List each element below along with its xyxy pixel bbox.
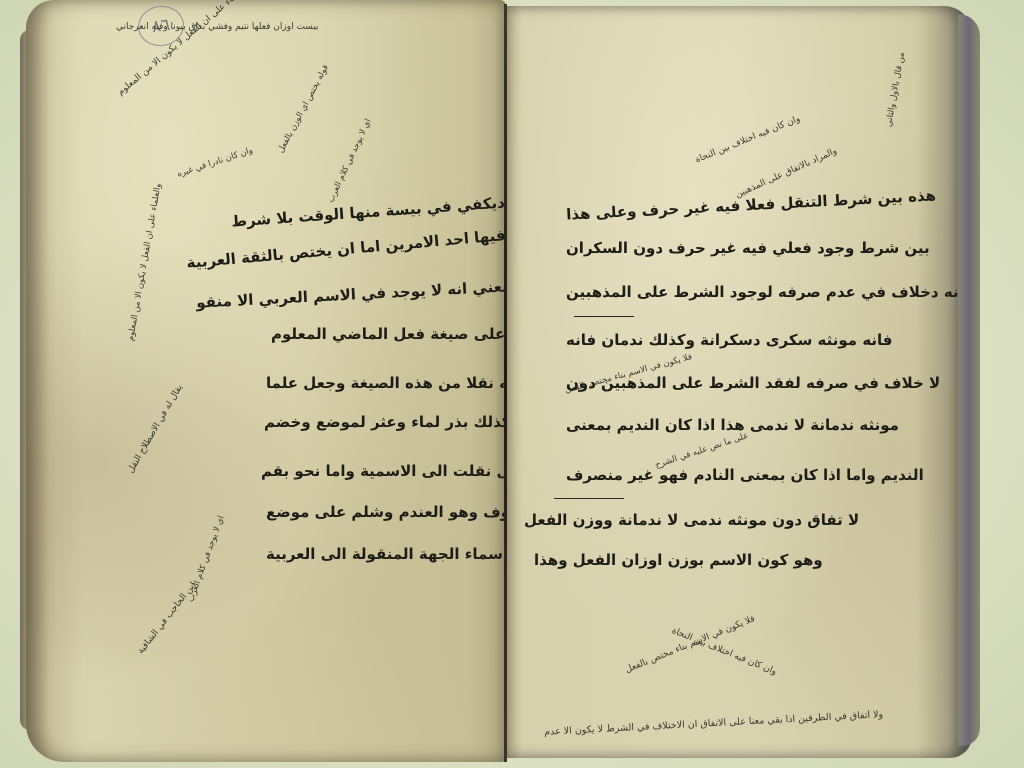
main-text-line: هو رجل افعال نقلت الى الاسمية واما نحو ب… bbox=[261, 462, 506, 480]
main-text-line: وهو كون الاسم بوزن اوزان الفعل وهذا bbox=[534, 551, 823, 569]
main-text-line: مونثه ندمانة لا ندمى هذا اذا كان النديم … bbox=[566, 416, 899, 434]
main-text-line: النديم واما اذا كان بمعنى النادم فهو غير… bbox=[566, 466, 924, 484]
gutter bbox=[504, 4, 507, 762]
main-text-line: مني التمر فانه نقلا من هذه الصيغة وجعل ع… bbox=[266, 374, 506, 392]
main-text-line: للفرس وكذلك بذر لماء وعثر لموضع وخضم bbox=[264, 413, 506, 431]
open-manuscript: ٨٦ بيست اوزان فعلها نتيم وفشي بداق بيونا… bbox=[18, 0, 980, 768]
right-page-edge bbox=[958, 14, 980, 746]
main-text-line: لا مني الفعل كثمر على صيغة فعل الماضي ال… bbox=[271, 325, 506, 343]
gloss-block: فلا يكون في الاسم بناء مختص بالفعل bbox=[624, 614, 756, 675]
bottom-line: ولا اتفاق في الطرفين اذا بقي معنا على ال… bbox=[544, 709, 883, 738]
gloss-block: والعلماء على ان الفعل لا يكون الا من الم… bbox=[116, 0, 252, 98]
gloss-block: اي لا يوجد في كلام العرب bbox=[186, 514, 227, 603]
main-text-line: الشام فهو من الاسماء الجهة المنقولة الى … bbox=[266, 545, 506, 563]
main-text-line: لا خلاف في صرفه لفقد الشرط على المذهبين … bbox=[566, 374, 940, 392]
main-text-line: فانه دخلاف في عدم صرفه لوجود الشرط على ا… bbox=[566, 283, 972, 301]
main-text-line: فيها احد الامرين اما ان يختص بالثقة العر… bbox=[186, 226, 506, 272]
main-text-line: بين شرط وجود فعلي فيه غير حرف دون السكرا… bbox=[566, 239, 930, 257]
gloss-block: وان كان فيه اختلاف بين النحاة bbox=[694, 114, 802, 165]
gloss-block: وان كان نادرا في غيره bbox=[176, 146, 254, 180]
rule-line bbox=[554, 498, 624, 499]
rule-line bbox=[574, 316, 634, 317]
gloss-block: من قال بالاول والثاني bbox=[884, 51, 907, 127]
main-text-line: فانه مونثه سكرى دسكرانة وكذلك ندمان فانه bbox=[566, 331, 893, 349]
gloss-block: يقال له في الاصطلاح النقل bbox=[126, 383, 185, 475]
main-text-line: لا تفاق دون مونثه ندمى لا ندمانة ووزن ال… bbox=[524, 511, 859, 529]
main-text-line: وبهذا القدر ديكفي في بيسة منها الوقت بلا… bbox=[231, 187, 506, 230]
right-page: وان كان فيه اختلاف بين النحاة والمراد با… bbox=[504, 6, 972, 758]
gloss-block: على ما نص عليه في الشرح bbox=[654, 431, 750, 471]
gloss-block: اي لا يوجد في كلام العرب bbox=[326, 117, 374, 204]
main-text-line: لصبغ معروف وهو العندم وشلم على موضع bbox=[266, 503, 506, 521]
gloss-block: والعلماء على ان الفعل لا يكون الا من الم… bbox=[126, 183, 164, 342]
top-line: بيست اوزان فعلها نتيم وفشي بداق بيونا وف… bbox=[116, 22, 319, 32]
gloss-block: قوله يختص اي الوزن بالفعل bbox=[276, 63, 331, 155]
left-page: ٨٦ بيست اوزان فعلها نتيم وفشي بداق بيونا… bbox=[26, 0, 506, 762]
main-text-line: به اي بالفعل يعني انه لا يوجد في الاسم ا… bbox=[196, 272, 506, 311]
